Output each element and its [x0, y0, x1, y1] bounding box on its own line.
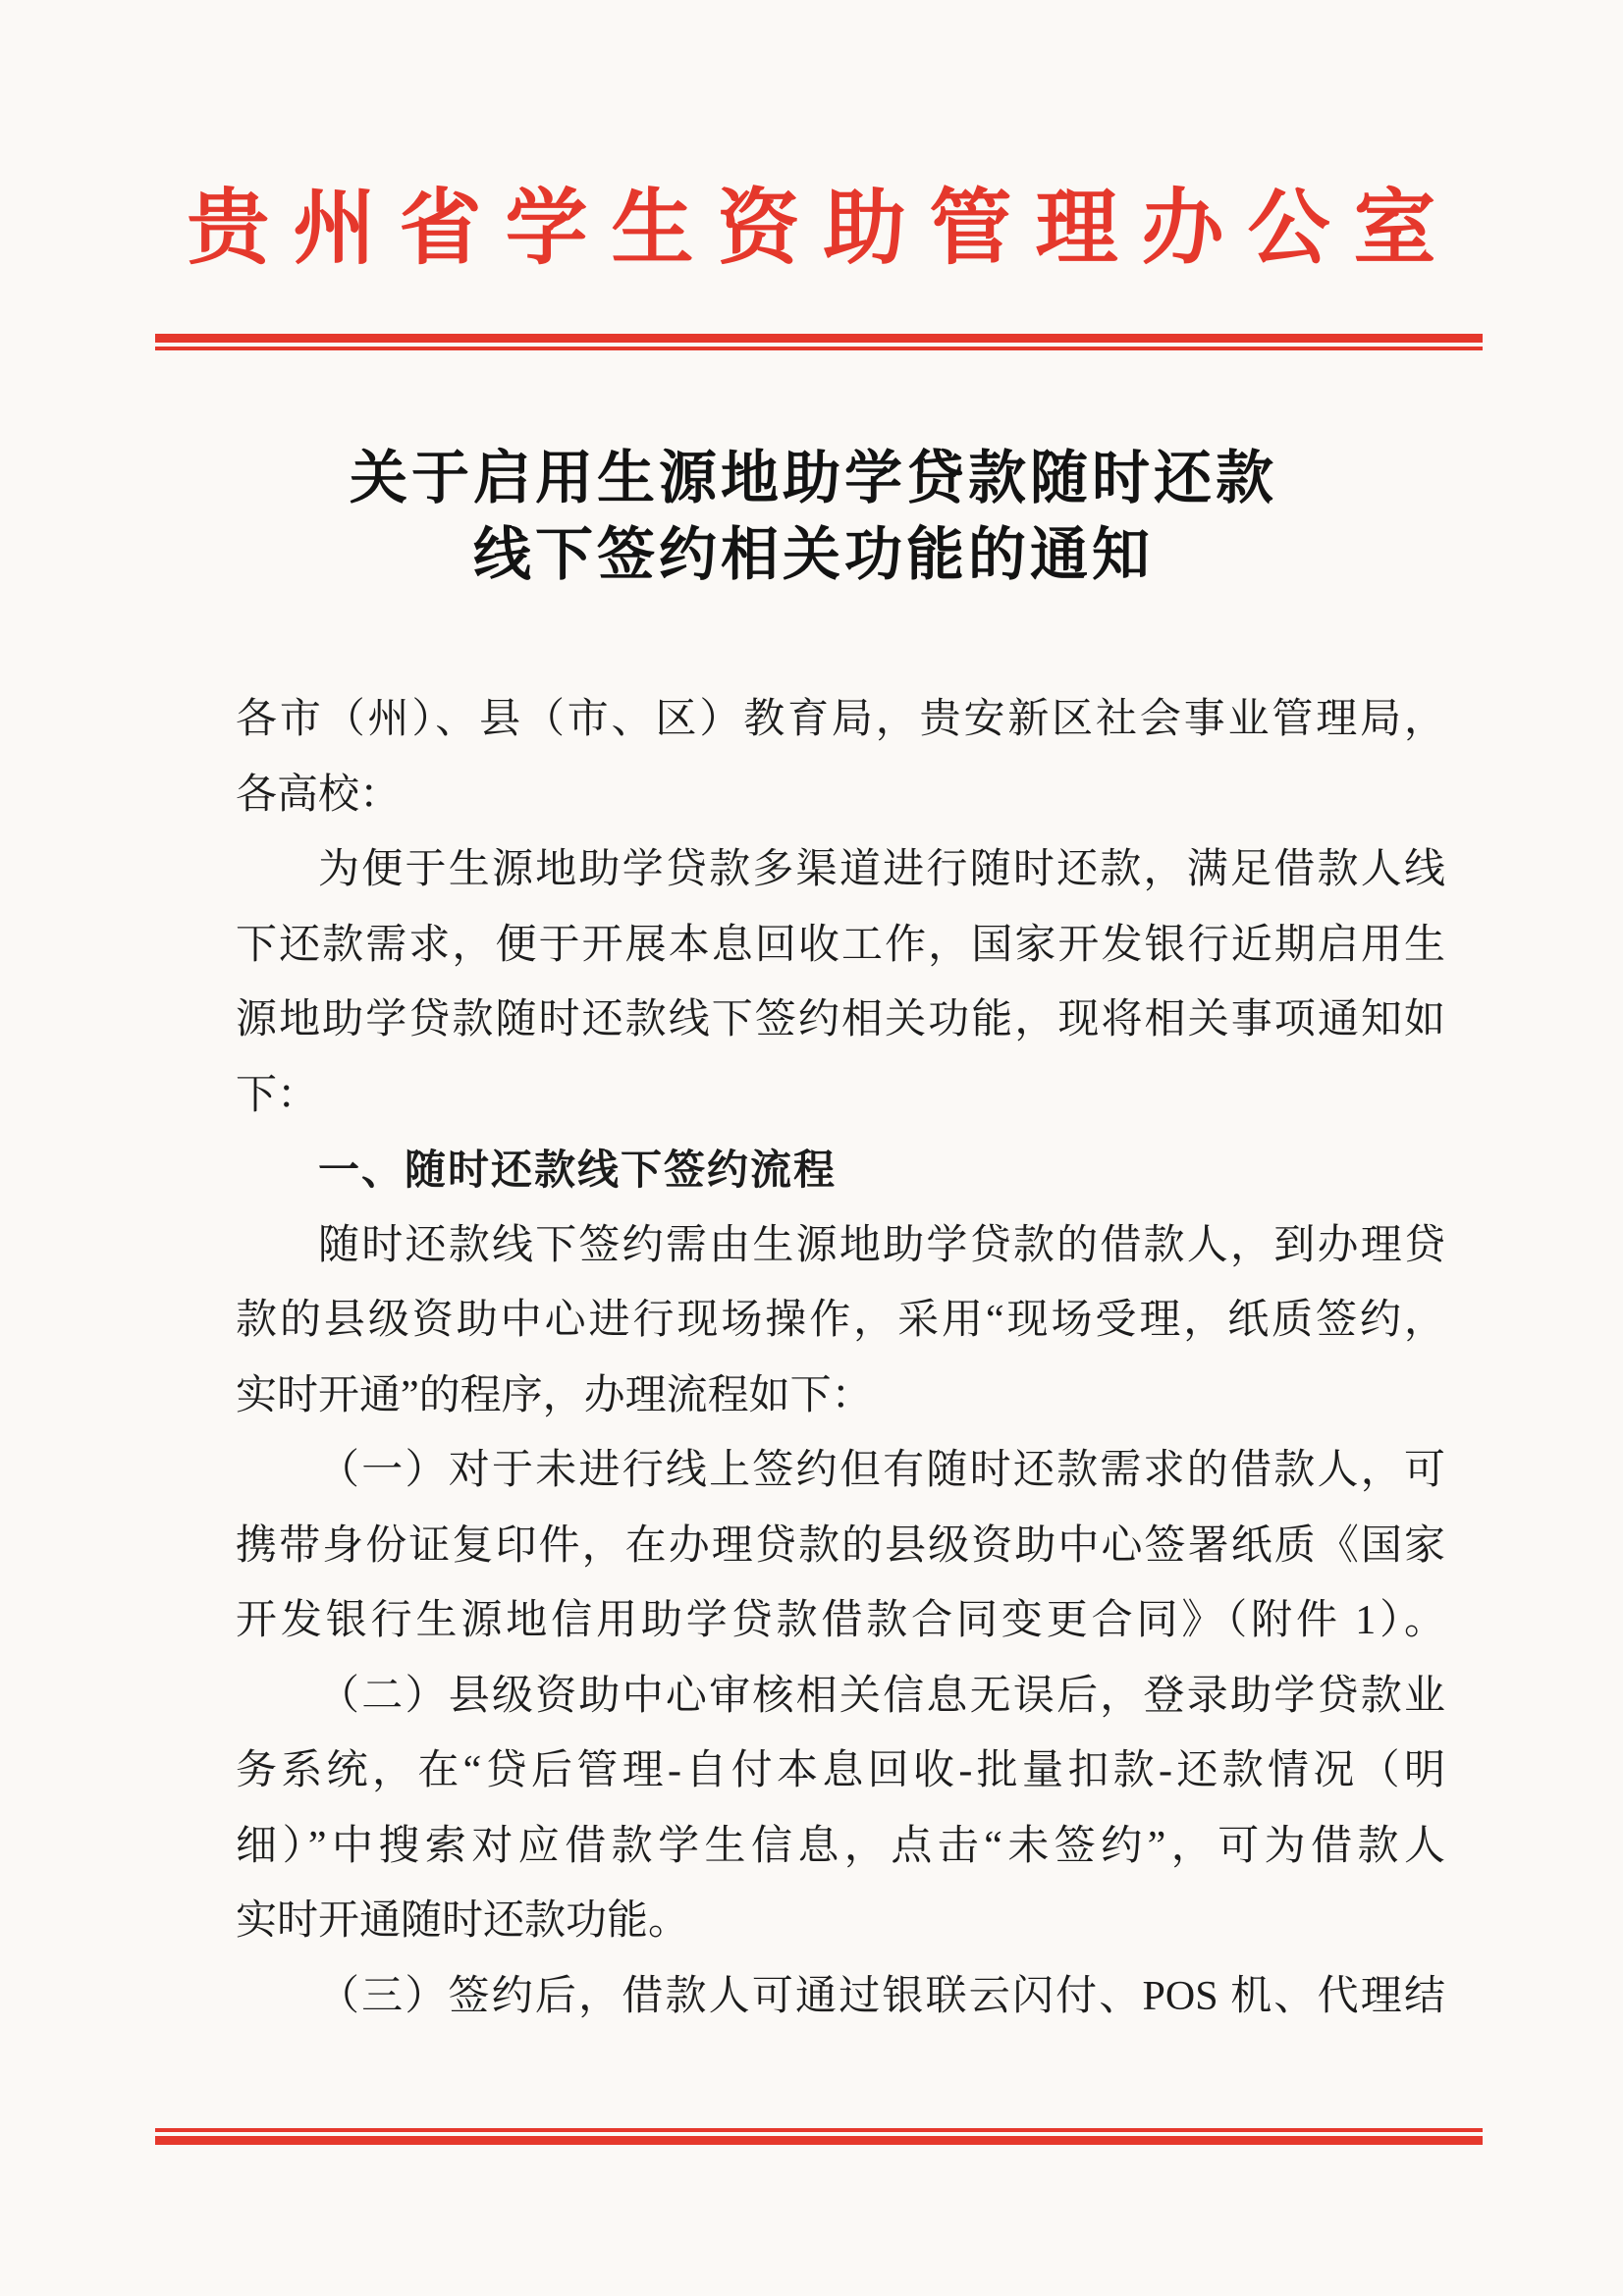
document-title-line2: 线下签约相关功能的通知: [0, 516, 1623, 593]
bottom-rule-thin: [155, 2128, 1483, 2132]
document-line: 实时开通”的程序，办理流程如下：: [236, 1359, 1445, 1434]
bottom-rule-thick: [155, 2136, 1483, 2145]
document-line-item-1: （一）对于未进行线上签约但有随时还款需求的借款人，可: [236, 1433, 1445, 1509]
document-line: 细）”中搜索对应借款学生信息，点击“未签约”，可为借款人: [236, 1809, 1445, 1885]
document-line: 为便于生源地助学贷款多渠道进行随时还款，满足借款人线: [236, 832, 1445, 908]
document-line: 下：: [236, 1058, 1445, 1134]
document-line: 源地助学贷款随时还款线下签约相关功能，现将相关事项通知如: [236, 983, 1445, 1058]
letterhead-office-name: 贵州省学生资助管理办公室: [0, 188, 1623, 271]
document-line-item-3: （三）签约后，借款人可通过银联云闪付、POS 机、代理结: [236, 1959, 1445, 2035]
document-line-recipients: 各市（州）、县（市、区）教育局，贵安新区社会事业管理局，: [236, 682, 1445, 758]
document-line: 开发银行生源地信用助学贷款借款合同变更合同》（附件 1）。: [236, 1583, 1445, 1659]
top-rule-thin: [155, 347, 1483, 350]
document-page: 贵州省学生资助管理办公室 关于启用生源地助学贷款随时还款 线下签约相关功能的通知…: [0, 0, 1623, 2296]
top-rule-thick: [155, 334, 1483, 343]
document-line: 携带身份证复印件，在办理贷款的县级资助中心签署纸质《国家: [236, 1509, 1445, 1584]
document-line-recipients-2: 各高校：: [236, 758, 1445, 833]
document-title-line1: 关于启用生源地助学贷款随时还款: [0, 440, 1623, 516]
document-line: 务系统，在“贷后管理-自付本息回收-批量扣款-还款情况（明: [236, 1734, 1445, 1809]
document-line: 随时还款线下签约需由生源地助学贷款的借款人，到办理贷: [236, 1208, 1445, 1284]
document-line: 款的县级资助中心进行现场操作，采用“现场受理，纸质签约，: [236, 1283, 1445, 1359]
document-line: 实时开通随时还款功能。: [236, 1884, 1445, 1959]
document-line-item-2: （二）县级资助中心审核相关信息无误后，登录助学贷款业: [236, 1659, 1445, 1735]
document-line: 下还款需求，便于开展本息回收工作，国家开发银行近期启用生: [236, 908, 1445, 984]
document-body: 各市（州）、县（市、区）教育局，贵安新区社会事业管理局， 各高校： 为便于生源地…: [236, 682, 1445, 2034]
document-title: 关于启用生源地助学贷款随时还款 线下签约相关功能的通知: [0, 440, 1623, 593]
section-heading: 一、随时还款线下签约流程: [236, 1133, 1445, 1208]
